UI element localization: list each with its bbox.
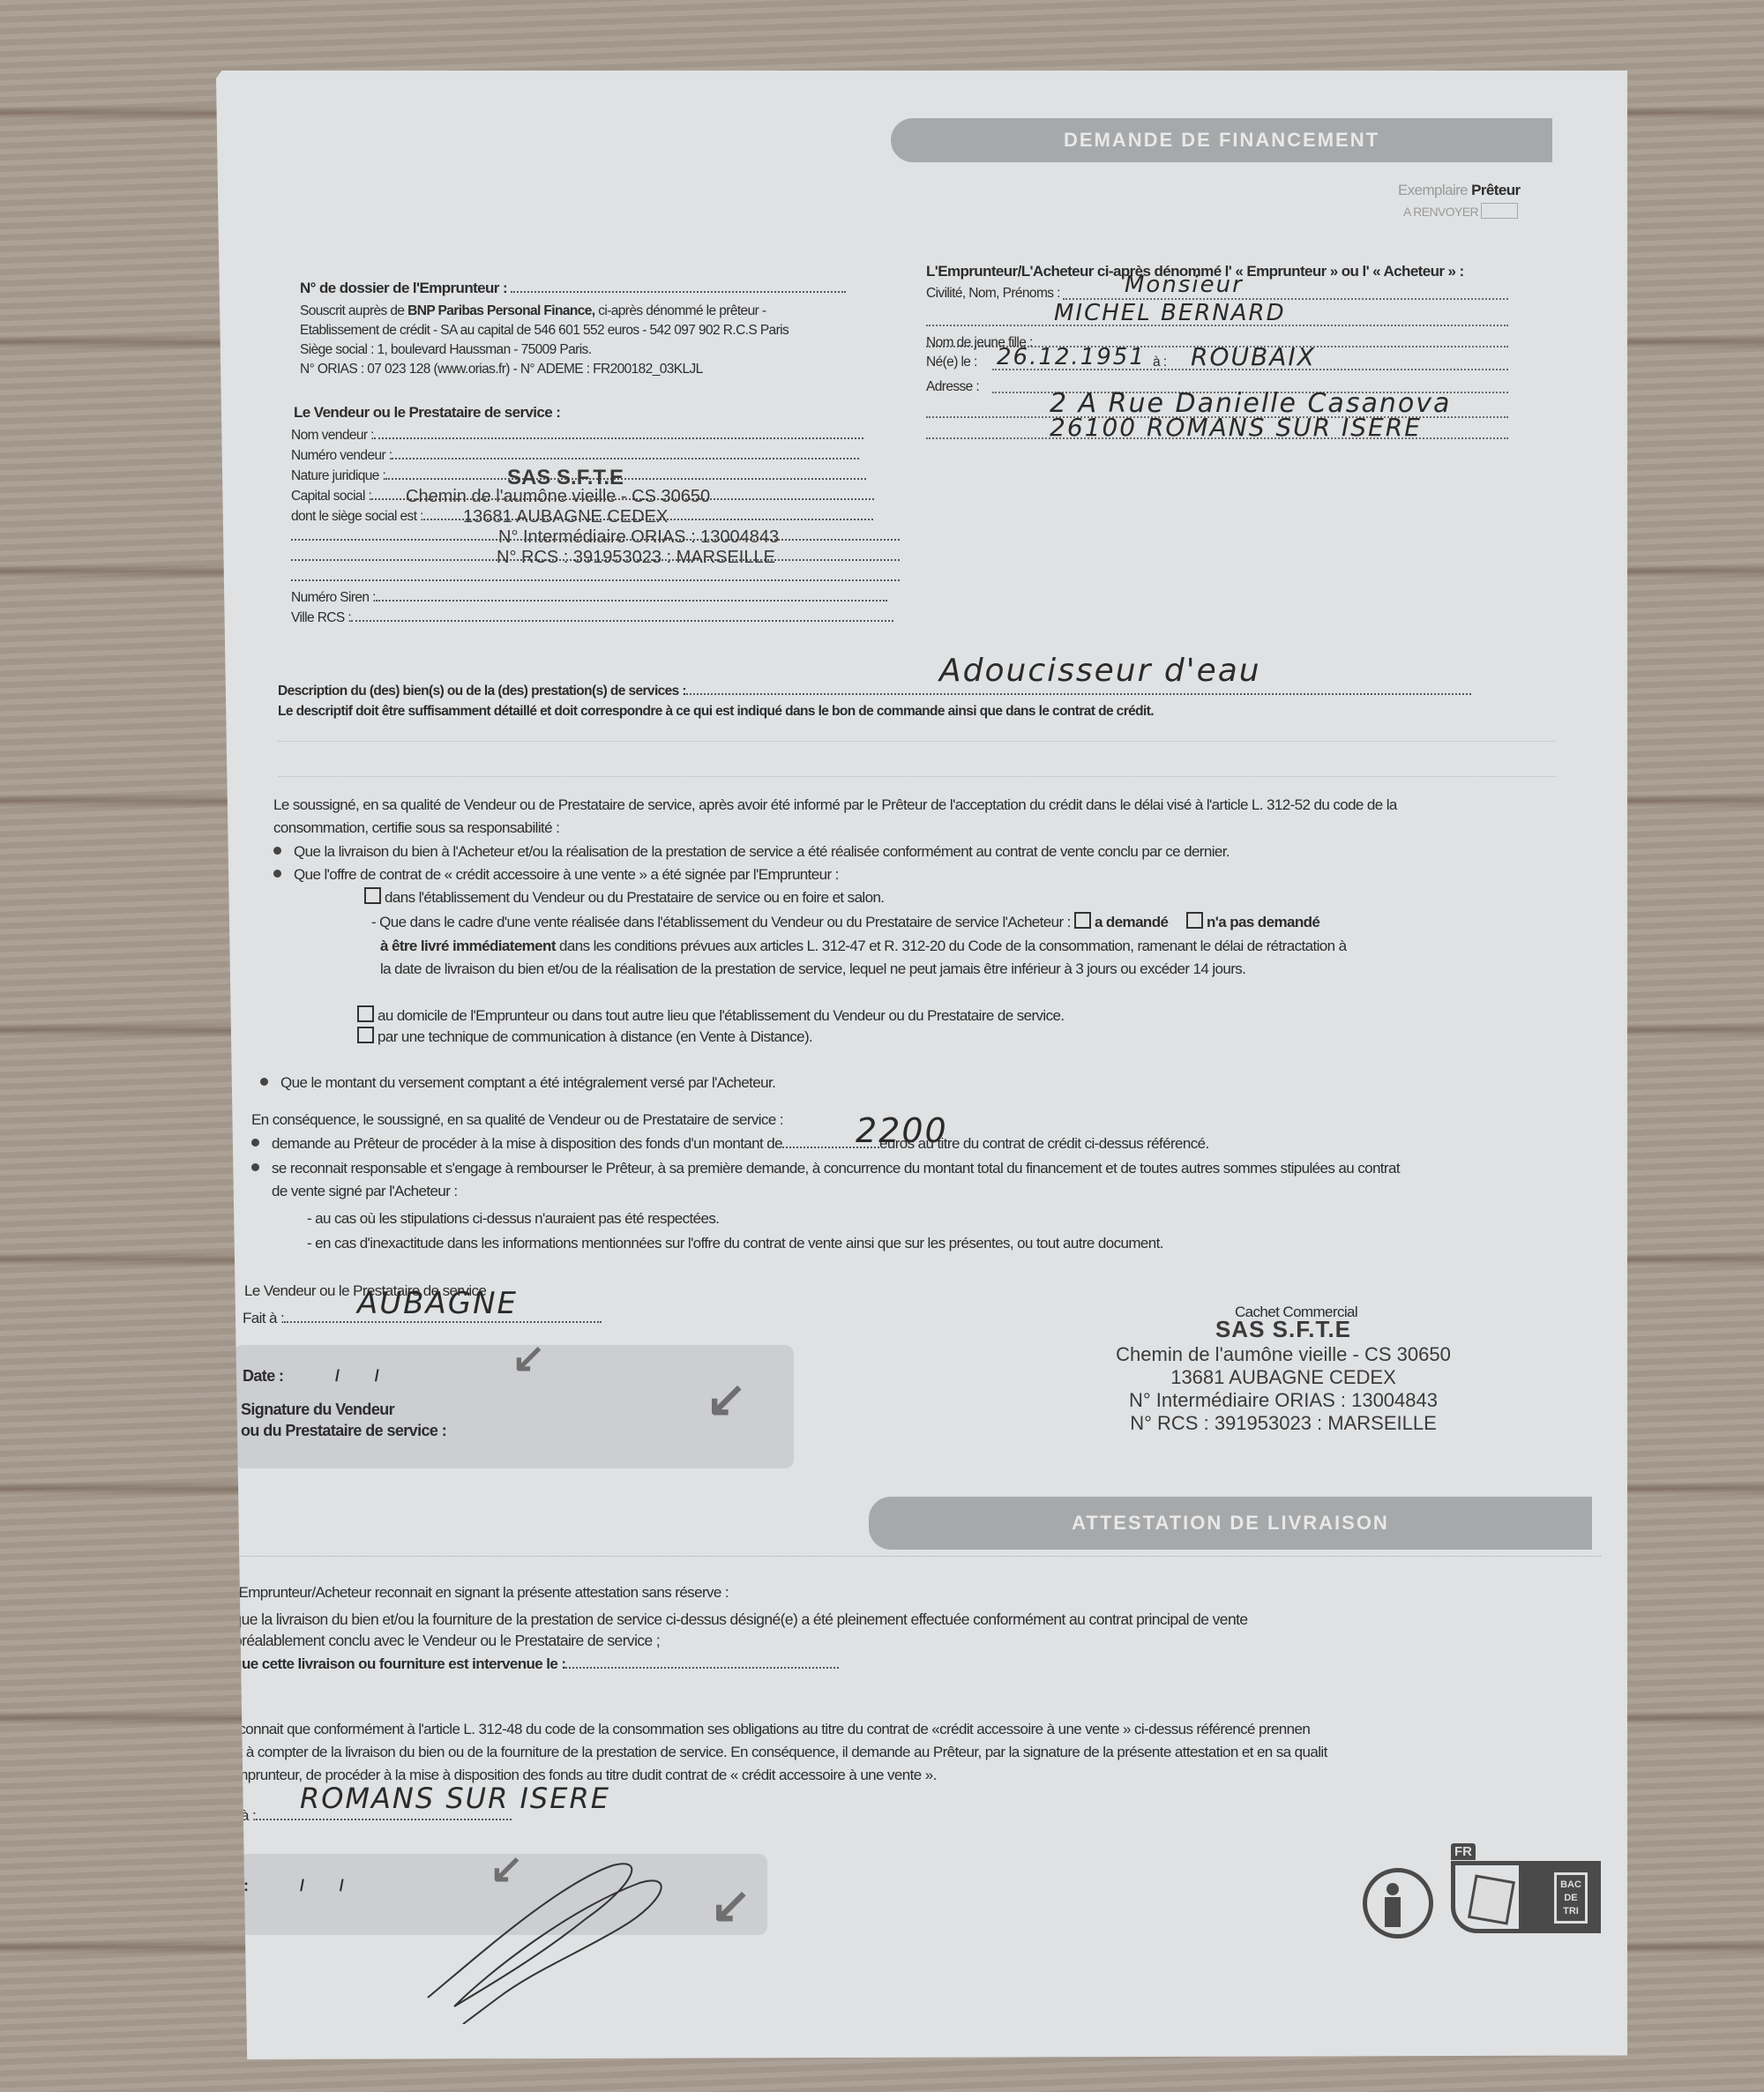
consequence-intro: En conséquence, le soussigné, en sa qual… (251, 1111, 783, 1129)
seller-date-field[interactable]: / / (335, 1367, 378, 1386)
birth-date-value[interactable]: 26.12.1951 (997, 344, 1146, 370)
civility-value[interactable]: Monsieur (1125, 272, 1244, 298)
delivery-intro: L'Emprunteur/Acheteur reconnait en signa… (228, 1584, 729, 1602)
delivery-title: ATTESTATION DE LIVRAISON (1072, 1512, 1389, 1535)
address-label: Adresse : (926, 379, 979, 395)
delivery-banner: ATTESTATION DE LIVRAISON (869, 1497, 1592, 1550)
siren-field[interactable] (376, 587, 887, 601)
amount-value[interactable]: 2200 (856, 1111, 948, 1150)
option-home[interactable]: au domicile de l'Emprunteur ou dans tout… (357, 1005, 1064, 1025)
envelope-icon (1481, 203, 1518, 219)
paper-sort-icon: BAC DE TRI (1451, 1861, 1601, 1933)
seller-name-field[interactable] (374, 425, 863, 439)
checkbox[interactable] (357, 1005, 374, 1022)
document-page: DEMANDE DE FINANCEMENT Exemplaire Prêteu… (216, 71, 1627, 2059)
fr-badge: FR (1451, 1843, 1476, 1860)
hq-value: 13681 AUBAGNE CEDEX (463, 507, 668, 527)
rcs-city-field[interactable] (351, 608, 893, 622)
dossier-label: N° de dossier de l'Emprunteur : (300, 279, 846, 297)
consequence-bullet2: se reconnait responsable et s'engage à r… (251, 1157, 1400, 1203)
certification-intro: Le soussigné, en sa qualité de Vendeur o… (273, 794, 1397, 840)
checkbox[interactable] (357, 1027, 374, 1043)
birth-place-label: à : (1153, 355, 1166, 370)
orias-value: N° Intermédiaire ORIAS : 13004843 (498, 527, 779, 548)
capital-value: Chemin de l'aumône vieille - CS 30650 (406, 487, 710, 507)
delivery-paragraph: Il reconnait que conformément à l'articl… (216, 1718, 1327, 1787)
delivery-item2: - que cette livraison ou fourniture est … (225, 1655, 839, 1673)
sub-clause: - Que dans le cadre d'une vente réalisée… (371, 912, 1319, 931)
commercial-stamp: SAS S.F.T.E Chemin de l'aumône vieille -… (1085, 1316, 1482, 1435)
certification-bullet2: Que l'offre de contrat de « crédit acces… (273, 866, 839, 884)
birth-label: Né(e) le : (926, 355, 977, 370)
borrower-signature (410, 1848, 692, 2024)
header-title: DEMANDE DE FINANCEMENT (1064, 129, 1379, 152)
delivery-date-value[interactable]: / / (300, 1877, 343, 1895)
bullet-icon (251, 1139, 259, 1147)
tidyman-icon (1363, 1868, 1433, 1939)
certification-bullet3: Que le montant du versement comptant a é… (260, 1074, 775, 1092)
sign-here-arrow-icon: ↙ (706, 1374, 747, 1423)
checkbox-not-requested[interactable] (1186, 912, 1203, 929)
delivery-item1: - que la livraison du bien et/ou la four… (225, 1609, 1247, 1651)
address-line2-value[interactable]: 26100 ROMANS SUR ISERE (1050, 413, 1422, 442)
lender-info: Souscrit auprès de BNP Paribas Personal … (300, 302, 789, 379)
seller-number-field[interactable] (392, 445, 859, 459)
rcs-value: N° RCS : 391953023 : MARSEILLE (497, 548, 775, 568)
seller-heading: Le Vendeur ou le Prestataire de service … (294, 404, 560, 422)
consequence-dashes: - au cas où les stipulations ci-dessus n… (307, 1207, 1163, 1256)
sign-here-arrow-icon: ↙ (512, 1337, 546, 1378)
seller-place-value[interactable]: AUBAGNE (357, 1286, 518, 1321)
description-note: Le descriptif doit être suffisamment dét… (278, 704, 1154, 720)
civility-label: Civilité, Nom, Prénoms : (926, 286, 1060, 302)
copy-label: Exemplaire Prêteur (1398, 182, 1521, 199)
bullet-icon (273, 847, 281, 855)
sorting-bin-icon: BAC DE TRI (1554, 1872, 1588, 1924)
bullet-icon (251, 1163, 259, 1171)
consequence-bullet1: demande au Prêteur de procéder à la mise… (251, 1134, 1209, 1153)
delivery-date-field[interactable] (565, 1655, 839, 1669)
bullet-icon (273, 870, 281, 878)
legal-form-field[interactable] (385, 466, 866, 480)
bullet-icon (260, 1078, 268, 1086)
delivery-place-value[interactable]: ROMANS SUR ISERE (300, 1782, 610, 1815)
option-establishment[interactable]: dans l'établissement du Vendeur ou du Pr… (364, 887, 884, 907)
description-label: Description du (des) bien(s) ou de la (d… (278, 681, 1471, 699)
sign-here-arrow-icon: ↙ (710, 1880, 751, 1930)
header-banner: DEMANDE DE FINANCEMENT (891, 118, 1552, 162)
seller-date-label: Date : (243, 1367, 283, 1386)
delivery-date-label: Date : (207, 1877, 248, 1895)
borrower-name-value[interactable]: MICHEL BERNARD (1054, 300, 1286, 326)
seller-signature-label: Signature du Vendeur ou du Prestataire d… (241, 1399, 446, 1441)
birth-place-value[interactable]: ROUBAIX (1191, 342, 1316, 371)
recycling-logo: FR BAC DE TRI (1363, 1843, 1610, 1940)
return-label: A RENVOYER (1403, 203, 1518, 219)
description-value[interactable]: Adoucisseur d'eau (939, 653, 1261, 689)
sub-clause-detail: à être livré immédiatement dans les cond… (380, 935, 1346, 981)
checkbox[interactable] (364, 887, 381, 904)
option-distance[interactable]: par une technique de communication à dis… (357, 1027, 812, 1046)
certification-bullet1: Que la livraison du bien à l'Acheteur et… (273, 843, 1230, 861)
checkbox-requested[interactable] (1074, 912, 1091, 929)
dossier-field[interactable] (511, 279, 846, 293)
